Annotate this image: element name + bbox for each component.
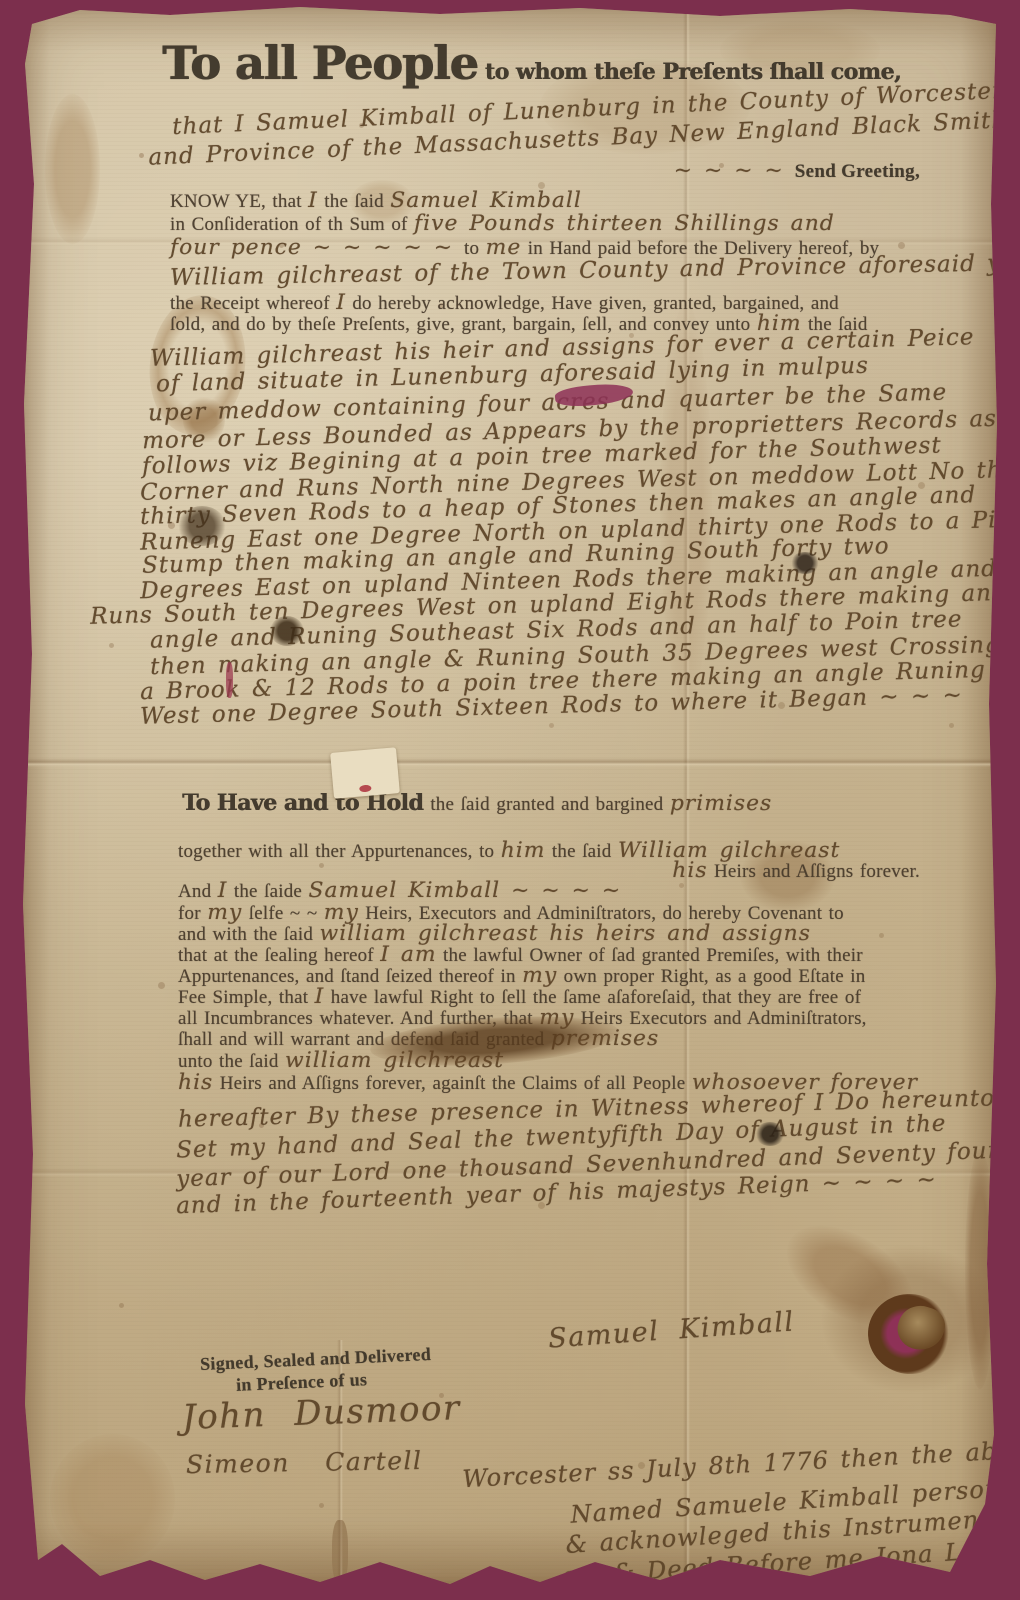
signature-john-dusmoor: John Dusmoor <box>181 1391 461 1436</box>
know-ye-line: KNOW YE, that I the ſaid Samuel Kimball <box>170 190 582 212</box>
attestation-line: in Preſence of us <box>236 1370 368 1394</box>
covenant-line: Appurtenances, and ſtand ſeized thereof … <box>178 965 865 987</box>
attestation-line: Signed, Sealed and Delivered <box>200 1345 432 1373</box>
photo-background: { "colors": { "bg": "#7c2f4d", "paper": … <box>0 0 1020 1600</box>
habendum-line: together with all ther Appurtenances, to… <box>178 840 840 862</box>
foxing-speckles <box>20 4 23 7</box>
covenant-line: that at the ſealing hereof I am the lawf… <box>178 944 863 966</box>
consideration-line: in Conſideration of th Sum of five Pound… <box>170 213 835 235</box>
covenant-line: all Incumbrances whatever. And further, … <box>178 1007 867 1029</box>
deed-title: To all People to whom theſe Preſents ſha… <box>162 40 901 86</box>
covenant-line: and with the ſaid william gilchreast his… <box>178 923 811 945</box>
covenant-line: unto the ſaid william gilchreast <box>178 1050 504 1072</box>
signature-simeon-cartell: Simeon Cartell <box>186 1448 423 1478</box>
covenant-line: ſhall and will warrant and defend ſaid g… <box>178 1028 659 1050</box>
covenant-line: And I the ſaide Samuel Kimball ~ ~ ~ ~ <box>178 880 621 902</box>
habendum-line: To Have and to Hold the ſaid granted and… <box>182 792 772 815</box>
habendum-line: his Heirs and Aſſigns forever. <box>672 860 920 882</box>
deed-text-layer: To all People to whom theſe Preſents ſha… <box>20 4 1000 1586</box>
receipt-line: the Receipt whereof I do hereby acknowle… <box>170 292 839 314</box>
signature-samuel-kimball: Samuel Kimball <box>547 1308 795 1352</box>
deed-paper: To all People to whom theſe Preſents ſha… <box>20 4 1000 1586</box>
greeting-line: ~ ~ ~ ~ Send Greeting, <box>674 160 920 182</box>
covenant-line: Fee Simple, that I have lawful Right to … <box>178 986 861 1008</box>
